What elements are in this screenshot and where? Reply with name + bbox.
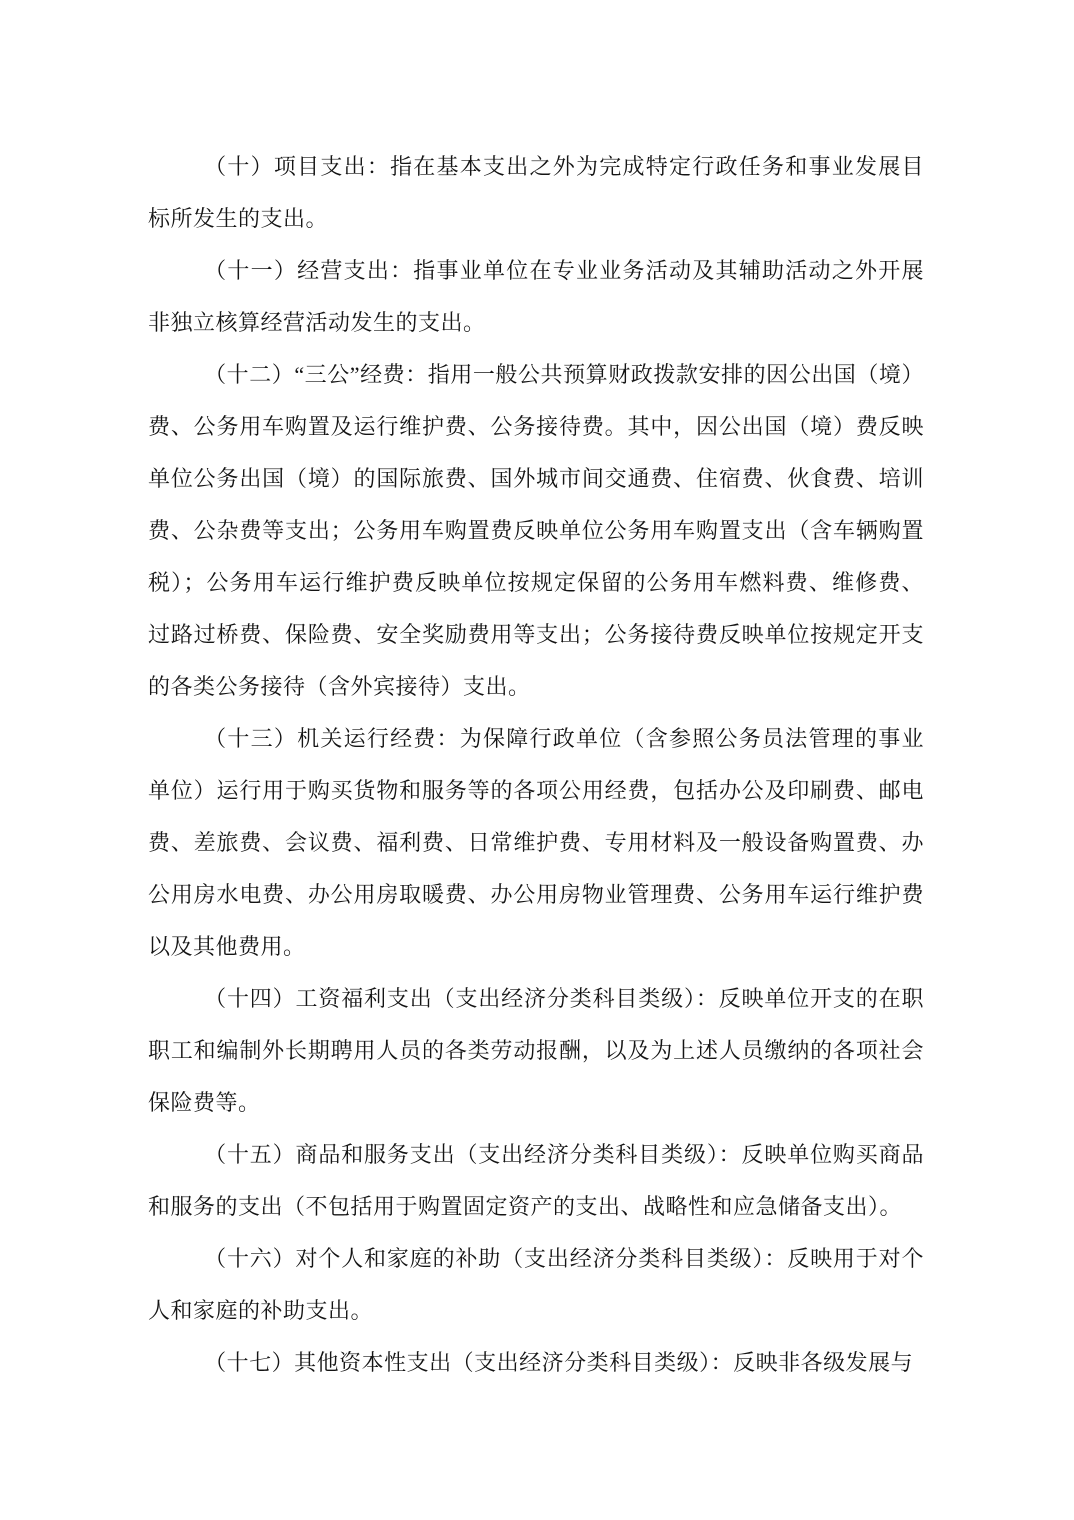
- paragraph: （十四）工资福利支出（支出经济分类科目类级）：反映单位开支的在职职工和编制外长期…: [148, 973, 924, 1129]
- paragraph: （十五）商品和服务支出（支出经济分类科目类级）：反映单位购买商品和服务的支出（不…: [148, 1129, 924, 1233]
- document-text-block: （十）项目支出：指在基本支出之外为完成特定行政任务和事业发展目标所发生的支出。 …: [148, 141, 924, 1389]
- paragraph: （十一）经营支出：指事业单位在专业业务活动及其辅助活动之外开展非独立核算经营活动…: [148, 245, 924, 349]
- document-page: （十）项目支出：指在基本支出之外为完成特定行政任务和事业发展目标所发生的支出。 …: [0, 0, 1074, 1520]
- paragraph: （十三）机关运行经费：为保障行政单位（含参照公务员法管理的事业单位）运行用于购买…: [148, 713, 924, 973]
- paragraph: （十二）“三公”经费：指用一般公共预算财政拨款安排的因公出国（境）费、公务用车购…: [148, 349, 924, 713]
- paragraph: （十六）对个人和家庭的补助（支出经济分类科目类级）：反映用于对个人和家庭的补助支…: [148, 1233, 924, 1337]
- paragraph: （十七）其他资本性支出（支出经济分类科目类级）：反映非各级发展与: [148, 1337, 924, 1389]
- paragraph: （十）项目支出：指在基本支出之外为完成特定行政任务和事业发展目标所发生的支出。: [148, 141, 924, 245]
